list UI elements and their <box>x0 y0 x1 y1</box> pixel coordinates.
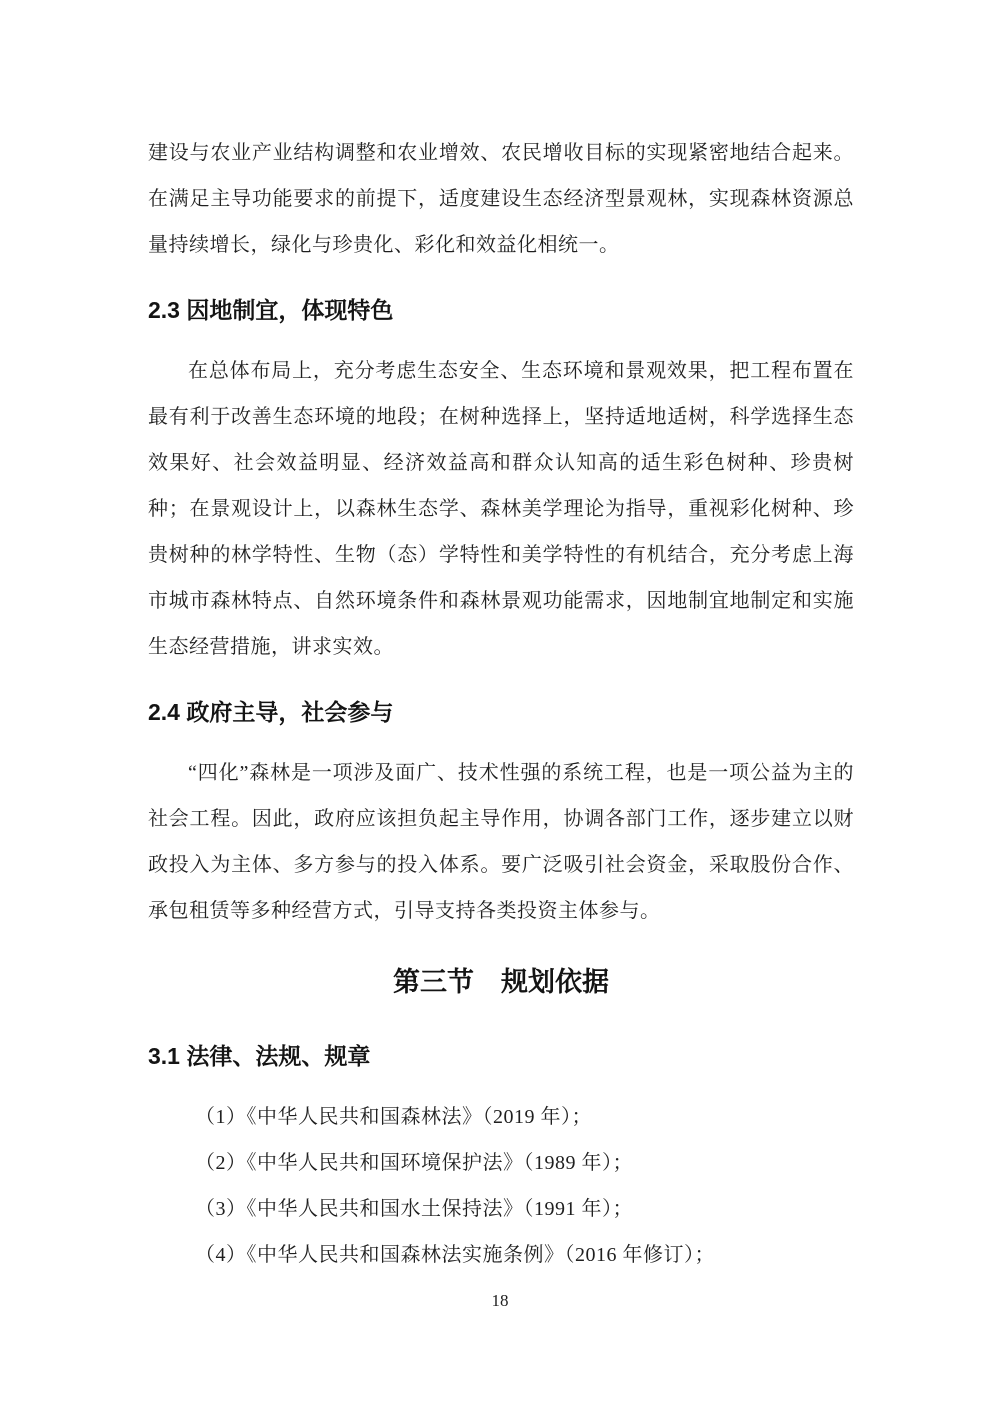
law-item-2: （2）《中华人民共和国环境保护法》（1989 年）； <box>148 1140 854 1186</box>
paragraph-continuation: 建设与农业产业结构调整和农业增效、农民增收目标的实现紧密地结合起来。在满足主导功… <box>148 130 854 268</box>
paragraph-2-3: 在总体布局上，充分考虑生态安全、生态环境和景观效果，把工程布置在最有利于改善生态… <box>148 348 854 670</box>
heading-2-3: 2.3 因地制宜，体现特色 <box>148 294 854 326</box>
heading-2-4: 2.4 政府主导，社会参与 <box>148 696 854 728</box>
section-3-heading: 第三节 规划依据 <box>148 964 854 1000</box>
law-item-3: （3）《中华人民共和国水土保持法》（1991 年）； <box>148 1186 854 1232</box>
page-number: 18 <box>0 1291 1000 1311</box>
paragraph-2-4: “四化”森林是一项涉及面广、技术性强的系统工程，也是一项公益为主的社会工程。因此… <box>148 750 854 934</box>
law-item-4: （4）《中华人民共和国森林法实施条例》（2016 年修订）； <box>148 1232 854 1278</box>
heading-3-1: 3.1 法律、法规、规章 <box>148 1040 854 1072</box>
document-page: 建设与农业产业结构调整和农业增效、农民增收目标的实现紧密地结合起来。在满足主导功… <box>0 0 1000 1414</box>
law-item-1: （1）《中华人民共和国森林法》（2019 年）； <box>148 1094 854 1140</box>
page-content: 建设与农业产业结构调整和农业增效、农民增收目标的实现紧密地结合起来。在满足主导功… <box>0 0 1000 1278</box>
